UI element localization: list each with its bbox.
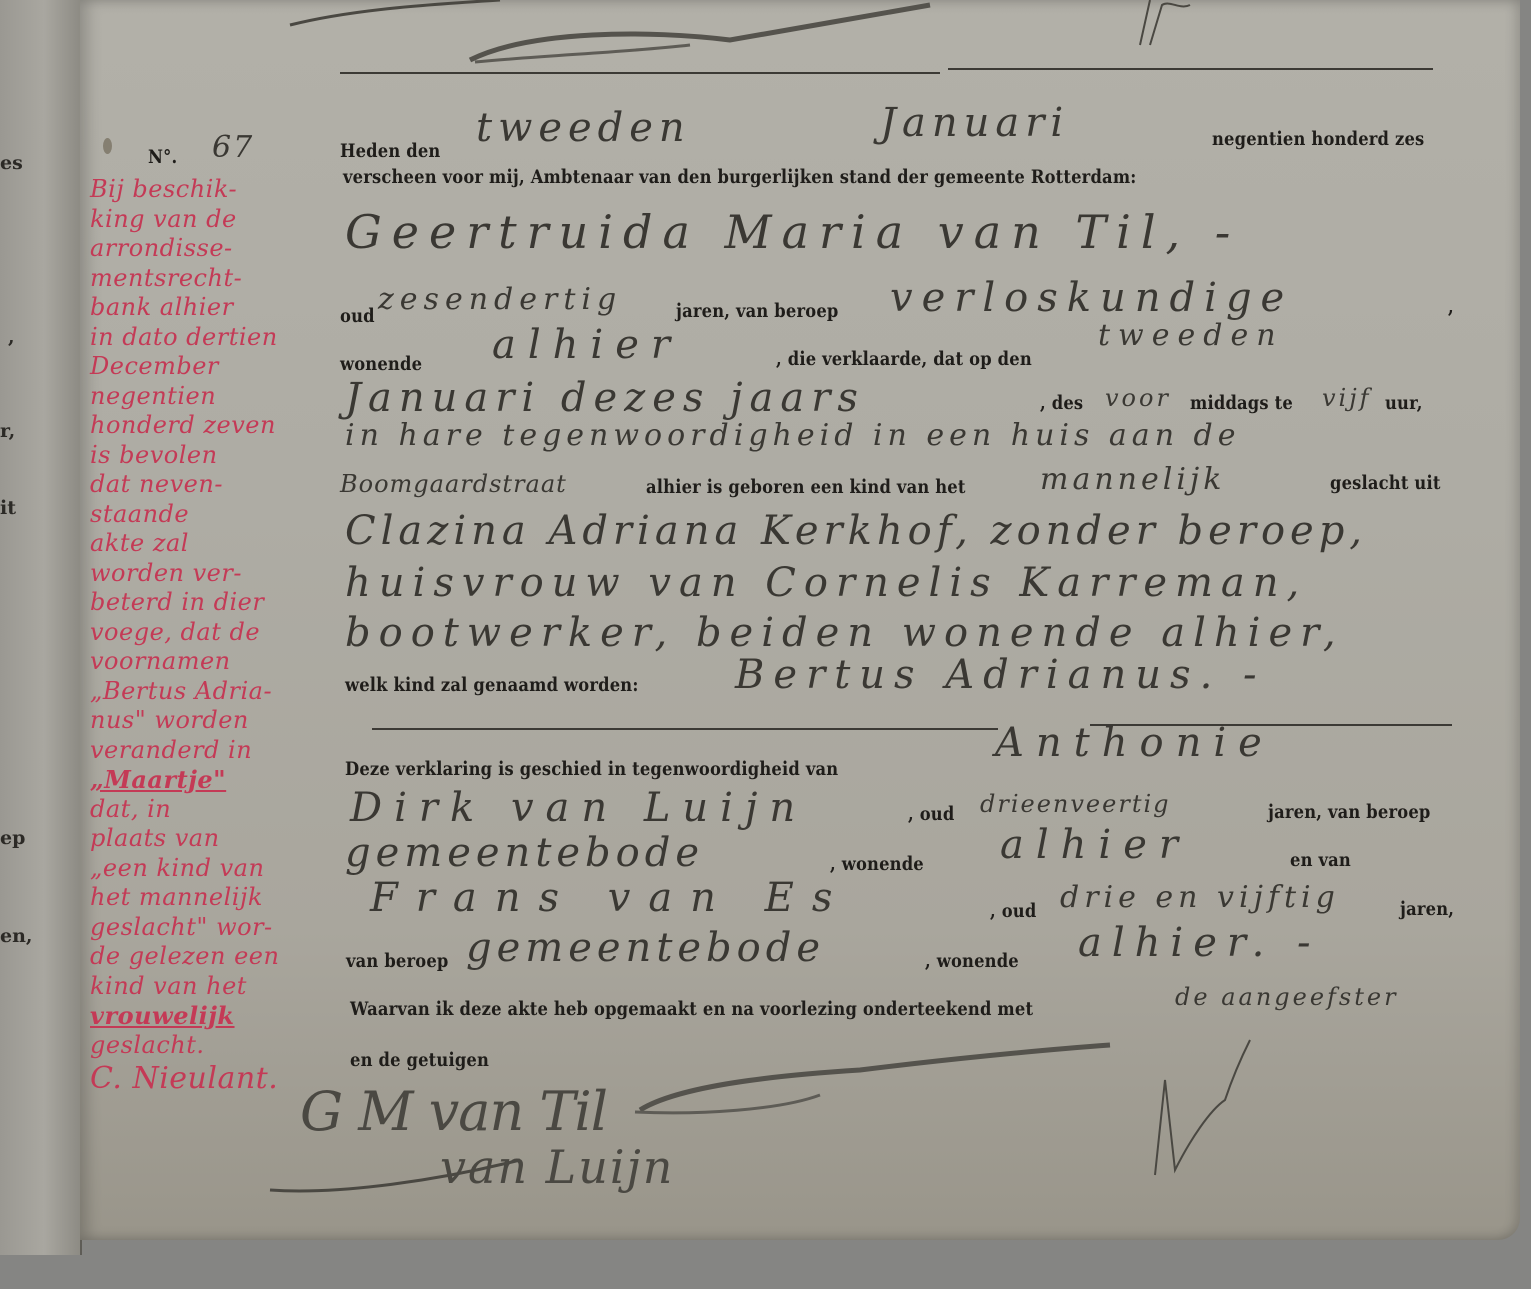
witness2-age: drie en vijftig <box>1060 880 1340 915</box>
printed-waarvan: Waarvan ik deze akte heb opgemaakt en na… <box>350 998 1033 1020</box>
margin-line: is bevolen <box>90 441 345 471</box>
witness1-name: Dirk van Luijn <box>350 785 807 831</box>
left-page-fragment: en, <box>0 925 33 947</box>
left-page-fragment: es <box>0 152 23 174</box>
witness2-profession: gemeentebode <box>466 925 825 971</box>
separator-rule <box>948 68 1433 70</box>
printed-die-verklaarde: , die verklaarde, dat op den <box>776 348 1032 370</box>
margin-line: vrouwelijk <box>90 1001 345 1031</box>
witness2-residence: alhier. - <box>1078 920 1321 966</box>
printed-welk-kind: welk kind zal genaamd worden: <box>345 674 639 696</box>
margin-line: geslacht" wor- <box>90 913 345 943</box>
margin-line: arrondisse- <box>90 234 345 264</box>
father-profession-residence: bootwerker, beiden wonende alhier, <box>345 610 1344 656</box>
left-page-fragment: it <box>0 497 16 519</box>
printed-oud: , oud <box>908 803 954 825</box>
hand-month: Januari <box>880 100 1069 146</box>
margin-line: nus" worden <box>90 706 345 736</box>
witness1-age: drieenveertig <box>980 790 1171 818</box>
witness1-profession: gemeentebode <box>345 830 704 876</box>
witness1-residence: alhier <box>1000 822 1190 868</box>
printed-en-van: en van <box>1290 849 1351 871</box>
printed-wonende: , wonende <box>830 853 924 875</box>
left-page-fragment: , <box>8 326 15 348</box>
birth-presence-place: in hare tegenwoordigheid in een huis aan… <box>345 418 1241 453</box>
margin-line: plaats van <box>90 824 345 854</box>
margin-line: dat neven- <box>90 470 345 500</box>
margin-line: voornamen <box>90 647 345 677</box>
printed-jaren: jaren, <box>1400 898 1454 920</box>
mother-husband: huisvrouw van Cornelis Karreman, <box>345 560 1307 606</box>
printed-van-beroep: van beroep <box>346 950 449 972</box>
printed-uur: uur, <box>1385 392 1423 414</box>
left-page-fragment: ep <box>0 827 25 849</box>
declarant-residence: alhier <box>492 322 682 368</box>
margin-line: beterd in dier <box>90 588 345 618</box>
signatory-declarant: de aangeefster <box>1175 983 1399 1011</box>
declarant-name: Geertruida Maria van Til, - <box>345 205 1240 259</box>
ink-stain <box>103 138 112 154</box>
printed-oud: , oud <box>990 900 1036 922</box>
birth-hour: vijf <box>1322 384 1372 412</box>
record-number: 67 <box>212 130 254 165</box>
margin-line: veranderd in <box>90 736 345 766</box>
printed-deze-verklaring: Deze verklaring is geschied in tegenwoor… <box>345 758 838 780</box>
printed-oud: oud <box>340 305 375 327</box>
printed-heden-den: Heden den <box>340 140 440 162</box>
child-name: Bertus Adrianus. - <box>735 652 1266 698</box>
printed-des: , des <box>1040 392 1083 414</box>
printed-year: negentien honderd zes <box>1212 128 1424 150</box>
hand-day: tweeden <box>476 105 691 151</box>
printed-jaren-van-beroep: jaren, van beroep <box>676 300 838 322</box>
margin-line: honderd zeven <box>90 411 345 441</box>
witness2-name: Frans van Es <box>370 875 850 921</box>
margin-line: geslacht. <box>90 1031 345 1061</box>
marginal-correction-note: Bij beschik- king van de arrondisse- men… <box>90 175 345 1094</box>
margin-line: in dato dertien <box>90 323 345 353</box>
margin-line: „een kind van <box>90 854 345 884</box>
margin-signature: C. Nieulant. <box>90 1064 345 1094</box>
mother-name: Clazina Adriana Kerkhof, zonder beroep, <box>345 508 1367 554</box>
margin-line: kind van het <box>90 972 345 1002</box>
birth-am-pm: voor <box>1105 384 1171 412</box>
margin-line: akte zal <box>90 529 345 559</box>
printed-geslacht-uit: geslacht uit <box>1330 472 1441 494</box>
birth-day: tweeden <box>1098 318 1284 353</box>
margin-line: king van de <box>90 205 345 235</box>
margin-line: Bij beschik- <box>90 175 345 205</box>
printed-verscheen: verscheen voor mij, Ambtenaar van den bu… <box>343 166 1136 188</box>
separator-rule <box>340 72 940 74</box>
margin-line: staande <box>90 500 345 530</box>
declarant-age: zesendertig <box>378 282 622 317</box>
child-sex: mannelijk <box>1040 462 1225 497</box>
witness1-first-name: Anthonie <box>995 720 1274 766</box>
printed-wonende: , wonende <box>925 950 1019 972</box>
declarant-profession: verloskundige <box>890 275 1293 321</box>
margin-new-name: „Maartje" <box>90 765 345 795</box>
signature-flourishes <box>260 1030 1360 1210</box>
separator-rule <box>372 728 998 730</box>
margin-line: bank alhier <box>90 293 345 323</box>
margin-line: mentsrecht- <box>90 264 345 294</box>
printed-jaren-van-beroep: jaren, van beroep <box>1268 801 1430 823</box>
margin-line: worden ver- <box>90 559 345 589</box>
margin-line: „Bertus Adria- <box>90 677 345 707</box>
printed-middags-te: middags te <box>1190 392 1293 414</box>
margin-line: voege, dat de <box>90 618 345 648</box>
margin-line: het mannelijk <box>90 883 345 913</box>
margin-line: dat, in <box>90 795 345 825</box>
margin-line: December <box>90 352 345 382</box>
printed-alhier-geboren: alhier is geboren een kind van het <box>646 476 966 498</box>
margin-line: de gelezen een <box>90 942 345 972</box>
margin-line: negentien <box>90 382 345 412</box>
printed-wonende: wonende <box>340 353 422 375</box>
left-page-fragment: r, <box>0 420 15 442</box>
birth-street: Boomgaardstraat <box>340 470 567 498</box>
record-number-label: N°. <box>148 146 177 168</box>
birth-month-year: Januari dezes jaars <box>345 375 865 421</box>
printed-comma: , <box>1448 296 1454 318</box>
left-page-edge: es , r, it ep en, <box>0 0 82 1255</box>
